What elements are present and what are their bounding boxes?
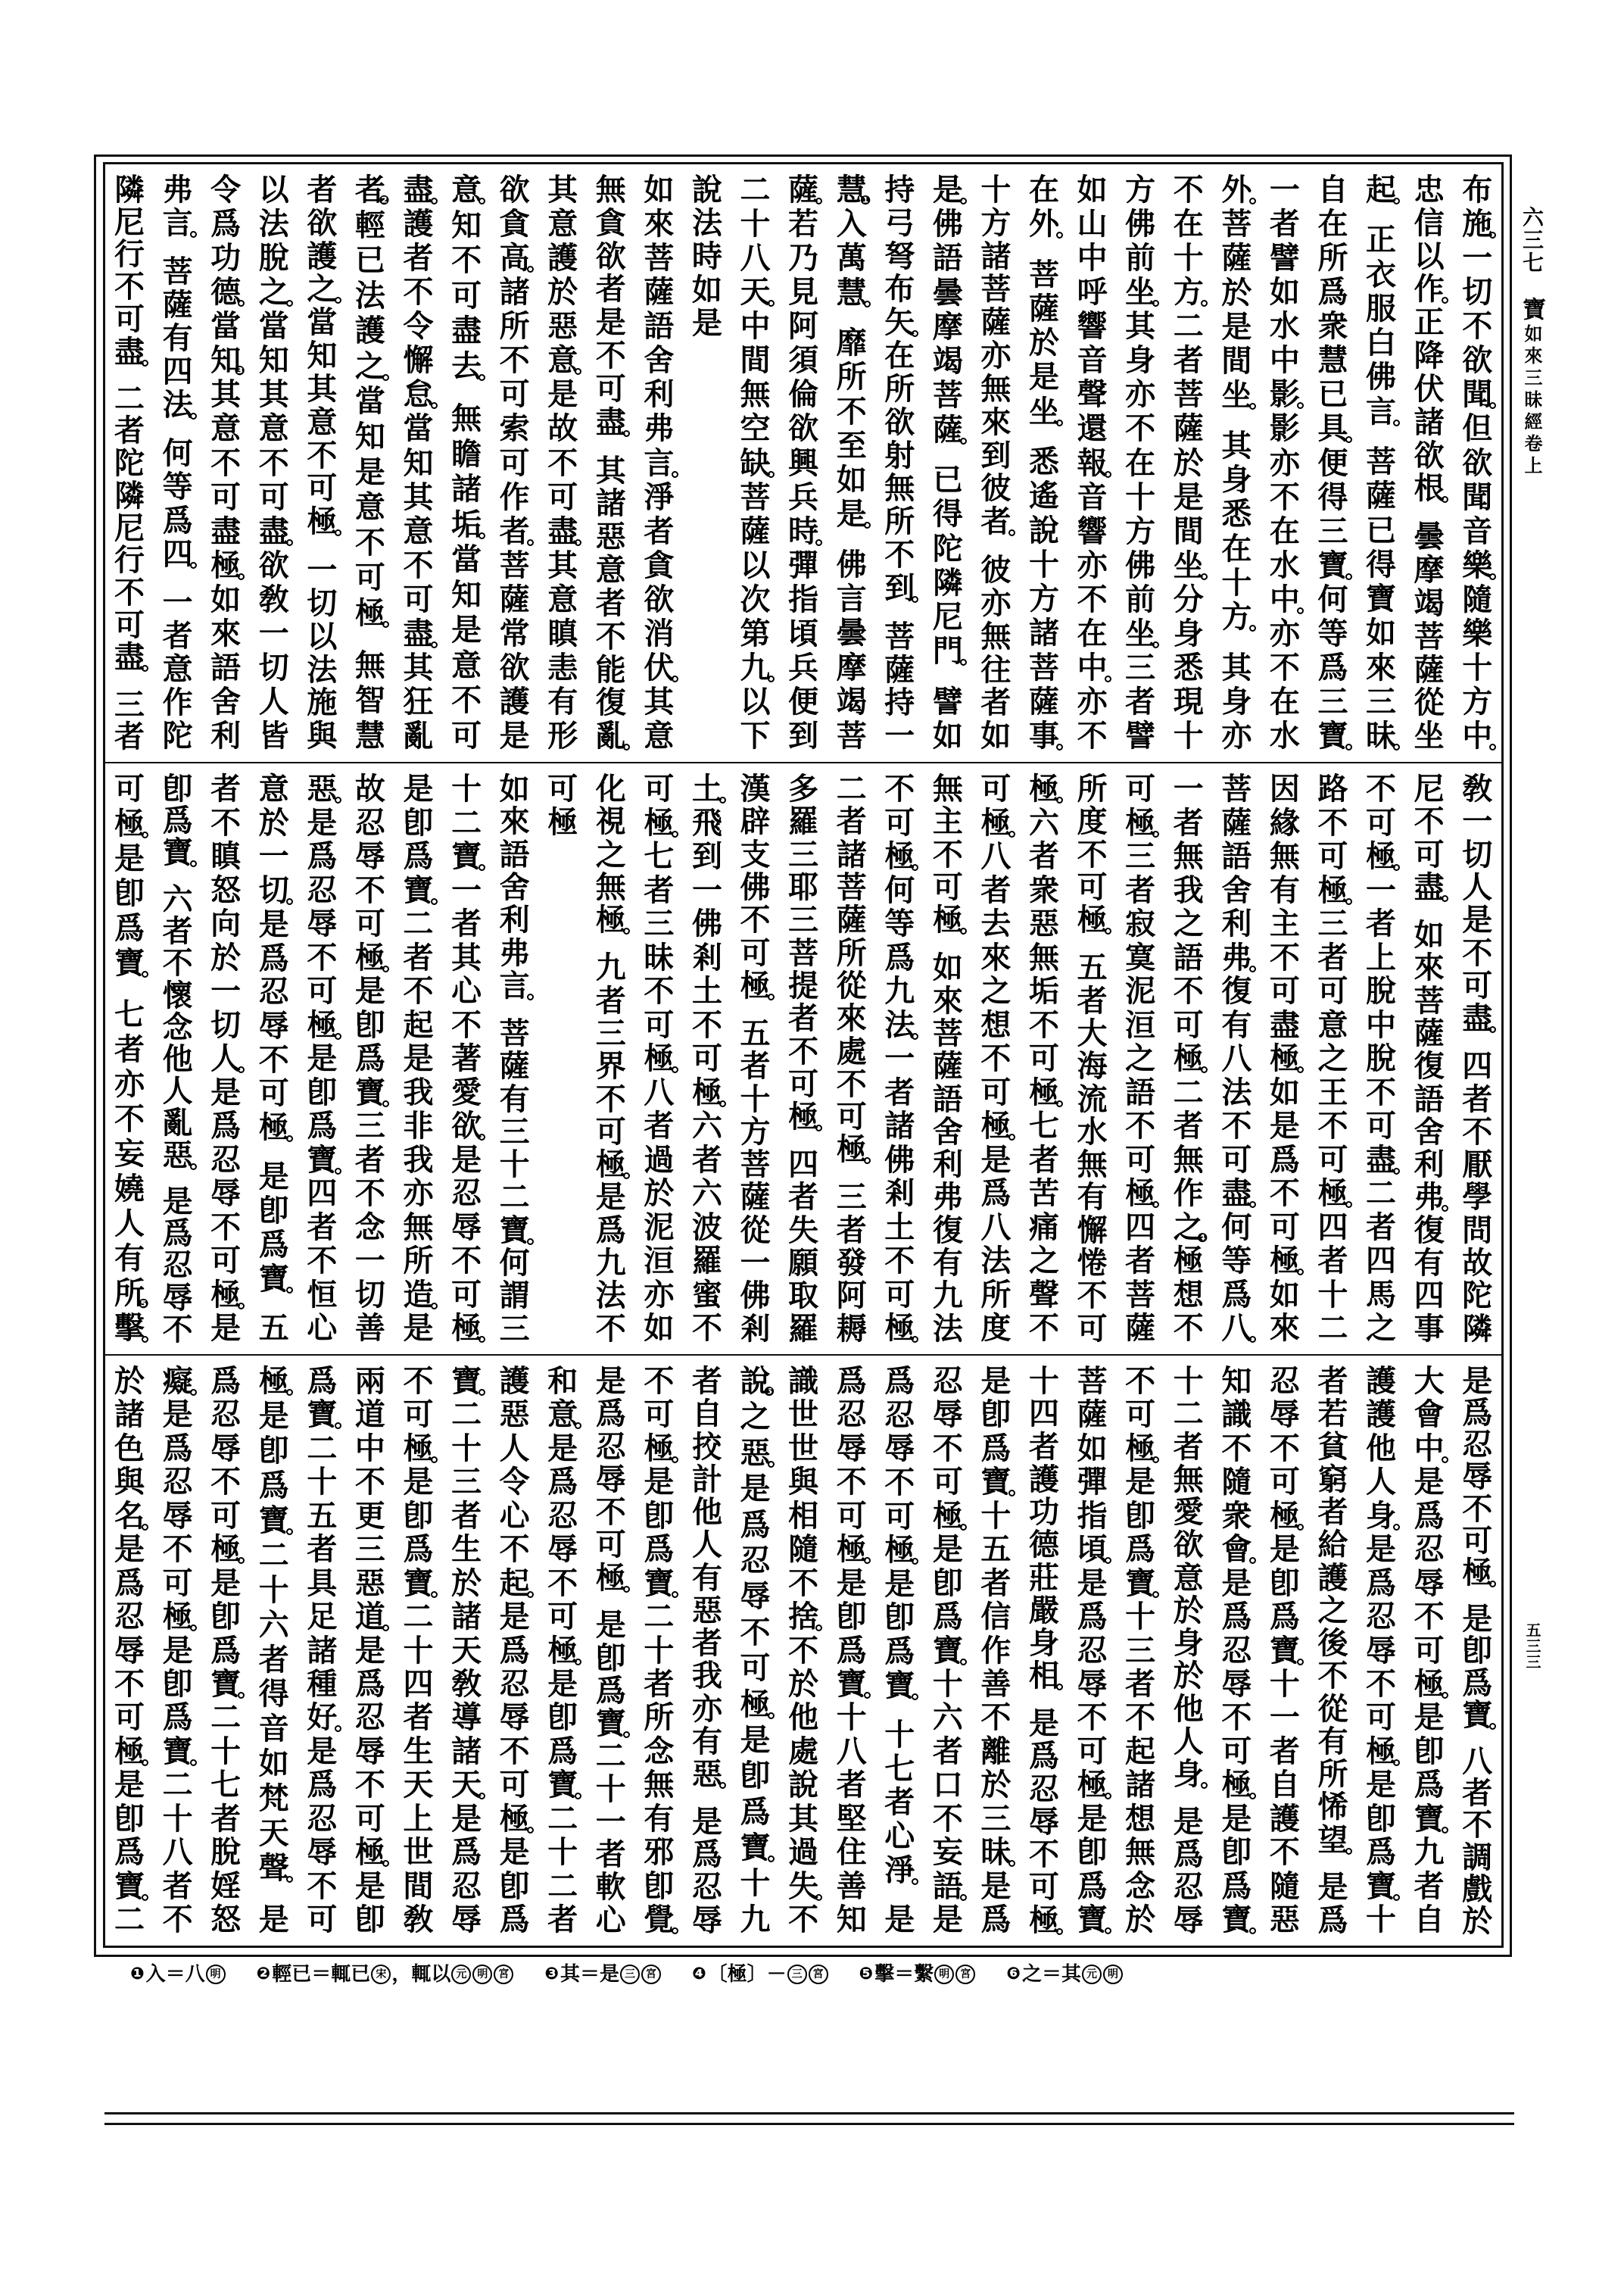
glyph: 菩 <box>779 937 828 969</box>
glyph: 善 <box>346 1312 394 1345</box>
glyph: 薩 <box>635 276 684 309</box>
glyph: 盡。 <box>1357 1144 1405 1177</box>
glyph: 言。 <box>491 969 539 1002</box>
glyph: 不 <box>1068 838 1117 871</box>
glyph: 如 <box>250 1747 298 1780</box>
punctuation-mark: 。 <box>1442 895 1448 902</box>
glyph: 惡。 <box>683 1758 731 1790</box>
glyph: 者 <box>154 619 202 653</box>
glyph: 響 <box>1068 310 1117 343</box>
glyph: 到。 <box>875 572 924 605</box>
glyph: 卽 <box>1213 1836 1261 1869</box>
glyph: 切 <box>298 587 347 620</box>
glyph: 外。 <box>1020 208 1068 241</box>
glyph: 極。 <box>201 1533 250 1566</box>
punctuation-mark: 。 <box>960 1894 967 1901</box>
glyph: 可 <box>1309 1144 1357 1177</box>
glyph: 缺。 <box>731 447 780 480</box>
glyph: 高。 <box>491 242 539 275</box>
glyph: 來 <box>828 1002 876 1035</box>
text-column: 者欲護之。當知其意不可極。 一切以法施與 <box>298 164 347 762</box>
glyph: 薩 <box>1116 1312 1164 1345</box>
glyph: 可 <box>538 1600 587 1634</box>
glyph: 十 <box>875 1718 924 1752</box>
text-column: 不可極。何等爲九法。一者諸佛剎土不可極。 <box>875 763 924 1354</box>
glyph: 極。 <box>731 969 780 1002</box>
glyph: 所 <box>828 360 876 394</box>
glyph: 是 <box>875 1903 924 1937</box>
glyph: 中。 <box>1068 651 1117 685</box>
glyph: 二 <box>1164 1076 1213 1109</box>
punctuation-mark: 。 <box>1442 1692 1448 1699</box>
glyph: 一 <box>154 586 202 619</box>
glyph: 度 <box>972 1312 1021 1345</box>
glyph: 極。 <box>1116 1432 1164 1465</box>
glyph: 竭 <box>924 345 972 378</box>
glyph: 盡。 <box>1405 871 1454 903</box>
glyph: 不 <box>1309 1109 1357 1143</box>
glyph: 樂 <box>1453 617 1501 651</box>
glyph: 爲 <box>635 1533 684 1566</box>
glyph: 爲 <box>972 1903 1021 1937</box>
punctuation-mark: 。 <box>1442 1827 1448 1834</box>
punctuation-mark: 。 <box>960 1659 967 1665</box>
text-column: 極。是卽爲寶。二十六者得音如梵天聲。 是 <box>250 1356 298 1946</box>
glyph: 索 <box>491 412 539 445</box>
glyph: 十 <box>442 1432 491 1465</box>
glyph: 三 <box>442 1465 491 1499</box>
glyph: 語 <box>201 651 250 685</box>
text-column: 隣尼行不可盡。 二者陀隣尼行不可盡。 三者 <box>105 164 154 762</box>
glyph: 卽 <box>538 1701 587 1734</box>
glyph: 弗 <box>924 1181 972 1213</box>
punctuation-mark: 。 <box>815 539 822 546</box>
glyph: 其 <box>394 481 443 514</box>
glyph: 行 <box>105 544 154 576</box>
glyph: 大 <box>1068 1017 1117 1050</box>
spacer <box>1213 414 1261 429</box>
glyph: 卽 <box>201 1600 250 1634</box>
glyph: 不 <box>731 1616 780 1649</box>
glyph: 不 <box>683 1009 731 1042</box>
glyph: 當 <box>442 543 491 576</box>
punctuation-mark: 。 <box>478 864 485 871</box>
glyph: 來 <box>491 805 539 838</box>
glyph: 極。 <box>1357 1735 1405 1768</box>
glyph: 者 <box>875 1076 924 1109</box>
glyph: 五 <box>972 1533 1021 1566</box>
text-column: 布施。一切不欲聞。但欲聞音樂。隨樂十方中。 <box>1453 164 1501 762</box>
glyph: 事 <box>1405 1312 1454 1345</box>
text-column: 不可極。是卽爲寶。十三者不起諸想無念於 <box>1116 1356 1164 1946</box>
glyph: 極。 <box>1309 1177 1357 1210</box>
glyph: 者 <box>1116 874 1164 907</box>
glyph: 當 <box>201 310 250 343</box>
glyph: 四 <box>1357 1244 1405 1278</box>
glyph: 尼 <box>924 601 972 634</box>
glyph: 不 <box>442 1009 491 1042</box>
glyph: 間 <box>1164 515 1213 548</box>
glyph: 心 <box>587 1904 635 1937</box>
glyph: 可 <box>1116 1144 1164 1177</box>
glyph: 欲 <box>1453 344 1501 377</box>
glyph: 是 <box>924 1903 972 1937</box>
glyph: 可 <box>972 772 1021 806</box>
glyph: 布 <box>1453 173 1501 207</box>
glyph: 二 <box>1309 1312 1357 1345</box>
spacer <box>828 532 876 548</box>
glyph: 意。 <box>442 173 491 207</box>
glyph: 以 <box>731 549 780 582</box>
glyph: 人 <box>1164 1725 1213 1758</box>
glyph: 忍 <box>154 1465 202 1499</box>
glyph: 因 <box>1261 772 1309 806</box>
spacer <box>924 669 972 685</box>
glyph: 起 <box>394 1009 443 1042</box>
glyph: 故 <box>346 772 394 806</box>
text-column: 是卽爲寶。十五者信作善不離於三昧。是爲 <box>972 1356 1021 1946</box>
glyph: 可 <box>298 975 347 1008</box>
glyph: 不 <box>1261 1177 1309 1210</box>
punctuation-mark: 。 <box>912 1878 918 1885</box>
glyph: 在 <box>1164 208 1213 241</box>
glyph: 無 <box>731 378 780 411</box>
glyph: 念 <box>154 1011 202 1043</box>
glyph: 寶。 <box>346 1076 394 1109</box>
glyph: 薩 <box>731 515 780 548</box>
glyph: 利 <box>1405 1148 1454 1181</box>
text-column: 癡。是爲忍辱不可極。是卽爲寶。二十八者不 <box>154 1356 202 1946</box>
glyph: 有 <box>538 685 587 719</box>
glyph: 極。 <box>346 1836 394 1869</box>
spacer <box>346 632 394 647</box>
glyph: 可 <box>875 1500 924 1534</box>
glyph: 於 <box>1116 1903 1164 1937</box>
glyph: 寶。 <box>491 1214 539 1247</box>
glyph: 悕 <box>1309 1790 1357 1823</box>
glyph: 脫 <box>1357 1042 1405 1075</box>
glyph: 惡 <box>538 310 587 343</box>
glyph: 亦 <box>105 1068 154 1101</box>
punctuation-mark: 。 <box>1056 744 1063 751</box>
glyph: 不 <box>298 1870 347 1903</box>
glyph: 可 <box>442 1278 491 1312</box>
punctuation-mark: 。 <box>960 659 967 666</box>
glyph: 二 <box>442 807 491 840</box>
glyph: 護 <box>298 240 347 273</box>
glyph: 不 <box>587 620 635 654</box>
glyph: 是 <box>201 1076 250 1109</box>
glyph: 視 <box>587 805 635 838</box>
glyph: 可 <box>587 1116 635 1148</box>
glyph: 隣 <box>1453 1312 1501 1345</box>
text-column: 是卽爲寶。二者不起是我非我亦無所造。是 <box>394 763 443 1354</box>
punctuation-mark: 。 <box>1152 1201 1159 1208</box>
glyph: 相。 <box>1020 1659 1068 1692</box>
glyph: 十 <box>731 1083 780 1116</box>
glyph: 正 <box>1405 306 1454 339</box>
glyph: 道 <box>346 1398 394 1431</box>
glyph: 剎 <box>875 1177 924 1210</box>
glyph: 卽 <box>731 1759 780 1793</box>
glyph: 無 <box>924 772 972 805</box>
glyph: 是 <box>1357 1533 1405 1566</box>
glyph: 十 <box>924 1668 972 1701</box>
glyph: 敎 <box>250 583 298 616</box>
text-column: 是爲忍辱不可極。 是卽爲寶。 八者不調戲於 <box>1453 1356 1501 1946</box>
glyph: 欲 <box>1164 1528 1213 1561</box>
glyph: 不 <box>201 1465 250 1499</box>
punctuation-mark: 。 <box>478 1389 485 1396</box>
glyph: 極。 <box>394 1432 443 1465</box>
glyph: 是 <box>1453 903 1501 936</box>
glyph: 來 <box>1405 951 1454 984</box>
glyph: 惡 <box>491 1398 539 1431</box>
glyph: 卽 <box>154 772 202 804</box>
glyph: 不 <box>1261 1836 1309 1869</box>
punctuation-mark: 。 <box>1345 744 1352 751</box>
text-column: 寶。二十三者生於諸天敎導諸天。是爲忍辱 <box>442 1356 491 1946</box>
glyph: 者 <box>1116 685 1164 719</box>
glyph: 自 <box>1309 173 1357 207</box>
edition-badge: 宮 <box>955 1965 975 1984</box>
punctuation-mark: 。 <box>1489 744 1496 751</box>
glyph: 無 <box>587 871 635 903</box>
punctuation-mark: 。 <box>1442 1456 1448 1463</box>
glyph: 軟 <box>587 1871 635 1903</box>
glyph: 寶。 <box>105 1870 154 1903</box>
glyph: 響 <box>1068 515 1117 548</box>
text-column: 和意。是爲忍辱不可極。是卽爲寶。二十二者 <box>538 1356 587 1946</box>
glyph: 摩 <box>1405 554 1454 587</box>
glyph: 想 <box>1164 1278 1213 1312</box>
glyph: 意 <box>201 412 250 445</box>
glyph: 是 <box>683 1805 731 1838</box>
glyph: 無 <box>972 373 1021 406</box>
glyph: 極。 <box>972 1109 1021 1143</box>
footnote-marker: ❶ <box>130 1962 145 1986</box>
spacer <box>105 982 154 997</box>
glyph: 爲 <box>491 1634 539 1668</box>
glyph: 淨。 <box>875 1854 924 1887</box>
glyph: 波 <box>683 1211 731 1244</box>
glyph: 有 <box>1261 874 1309 907</box>
glyph: 和 <box>538 1365 587 1398</box>
glyph: 譬 <box>924 685 972 719</box>
punctuation-mark: 。 <box>912 1558 918 1565</box>
glyph: 卽 <box>346 1009 394 1042</box>
punctuation-mark: 。 <box>719 797 726 804</box>
glyph: 所 <box>828 937 876 969</box>
glyph: 後 <box>1309 1627 1357 1659</box>
glyph: 隨 <box>779 1533 828 1566</box>
glyph: 天。 <box>731 276 780 309</box>
footnote-marker: ❹ <box>692 1962 706 1986</box>
punctuation-mark: 。 <box>1105 1557 1111 1564</box>
glyph: 語 <box>924 1083 972 1116</box>
glyph: 已 <box>1357 514 1405 548</box>
punctuation-mark: 。 <box>912 1336 918 1343</box>
punctuation-mark: 。 <box>478 1793 485 1799</box>
glyph: 中 <box>346 1432 394 1465</box>
glyph: 失 <box>779 1214 828 1247</box>
glyph: 之 <box>1357 1312 1405 1345</box>
glyph: 寶。 <box>1116 1567 1164 1600</box>
glyph: 意 <box>394 515 443 548</box>
glyph: 三 <box>972 1802 1021 1836</box>
glyph: 可 <box>346 907 394 941</box>
glyph: 悉 <box>1213 498 1261 531</box>
glyph: 諸 <box>587 487 635 520</box>
text-column: 不可極。是卽爲寶。二十者所念無有邪卽覺。 <box>635 1356 684 1946</box>
glyph: 可 <box>442 279 491 313</box>
footnote-4: ❹ 〔極〕－ 三 宮 <box>692 1962 829 1986</box>
footnote-text: 〔極〕－ <box>708 1962 787 1986</box>
glyph: 伏 <box>1405 373 1454 406</box>
footnote-2: ❷ 輕已＝輒已 宋 ，輒以 元 明 宮 <box>257 1962 515 1986</box>
glyph: 佛 <box>828 548 876 582</box>
glyph: 極。 <box>875 840 924 873</box>
glyph: 慧 <box>346 719 394 753</box>
glyph: 二 <box>538 1870 587 1903</box>
glyph: 辱 <box>587 1463 635 1496</box>
glyph: 忍 <box>442 1177 491 1210</box>
glyph: 不 <box>1453 1116 1501 1148</box>
glyph: 十 <box>587 1773 635 1805</box>
glyph: 令 <box>491 1465 539 1499</box>
glyph: 是 <box>1261 1533 1309 1566</box>
glyph: 不 <box>1164 173 1213 207</box>
glyph: 不 <box>875 772 924 806</box>
glyph: 尼 <box>105 512 154 545</box>
glyph: 坐。 <box>1020 395 1068 429</box>
punctuation-mark: 。 <box>1442 1205 1448 1212</box>
glyph: 來 <box>924 985 972 1017</box>
glyph: 皆 <box>250 719 298 753</box>
glyph: 所 <box>875 373 924 406</box>
glyph: 十 <box>298 1465 347 1499</box>
glyph: 不 <box>1357 1076 1405 1109</box>
glyph: 願 <box>779 1247 828 1279</box>
glyph: 切 <box>201 1009 250 1042</box>
glyph: 身 <box>1213 685 1261 719</box>
glyph: 來 <box>201 617 250 651</box>
glyph: 是 <box>1068 1567 1117 1600</box>
spacer <box>924 448 972 463</box>
glyph: 卽 <box>491 1870 539 1903</box>
spacer <box>1357 429 1405 445</box>
glyph: 消 <box>635 617 684 651</box>
glyph: 薩 <box>491 583 539 616</box>
glyph: 種 <box>298 1668 347 1701</box>
glyph: 處 <box>828 1035 876 1068</box>
glyph: 令 <box>394 310 443 343</box>
glyph: 弗。 <box>1405 1181 1454 1213</box>
glyph: 二 <box>201 1701 250 1734</box>
glyph: 護 <box>1261 1802 1309 1836</box>
glyph: 極。 <box>1261 1500 1309 1533</box>
glyph: 切 <box>346 1278 394 1312</box>
glyph: 薩 <box>924 1050 972 1082</box>
glyph: 薩 <box>1405 654 1454 687</box>
glyph: 不 <box>298 1244 347 1278</box>
punctuation-mark: 。 <box>382 1860 389 1867</box>
glyph: 者 <box>154 915 202 947</box>
glyph: 他 <box>683 1496 731 1528</box>
glyph: 淨 <box>635 481 684 514</box>
glyph: 者 <box>1020 840 1068 873</box>
glyph: 惡 <box>346 1567 394 1600</box>
glyph: 切。 <box>250 874 298 907</box>
glyph: 如 <box>828 463 876 497</box>
glyph: 脫 <box>1357 975 1405 1008</box>
glyph: 何 <box>1213 1211 1261 1244</box>
glyph: 極。 <box>1020 772 1068 806</box>
text-column: 起。 正衣服白佛言。 菩薩已得寶如來三昧。 <box>1357 164 1405 762</box>
glyph: 之 <box>1164 907 1213 941</box>
glyph: 以 <box>298 620 347 654</box>
glyph: 薩 <box>1020 292 1068 326</box>
glyph: 者 <box>250 1643 298 1677</box>
glyph: 意 <box>250 412 298 445</box>
spacer <box>491 1002 539 1017</box>
glyph: 爲 <box>1309 1904 1357 1937</box>
glyph: 已 <box>1309 378 1357 411</box>
glyph: 不 <box>635 1365 684 1398</box>
glyph: 起。 <box>491 1567 539 1600</box>
punctuation-mark: 。 <box>672 1591 678 1598</box>
glyph: 我 <box>394 1144 443 1177</box>
glyph: 脫 <box>250 242 298 275</box>
glyph: 復 <box>1213 975 1261 1008</box>
glyph: 爲 <box>972 1177 1021 1210</box>
text-column: 所度不可極。 五者大海流水無有懈惓不可 <box>1068 763 1117 1354</box>
spacer <box>250 1145 298 1160</box>
glyph: 羅 <box>779 1312 828 1345</box>
glyph: 薩 <box>972 306 1021 339</box>
glyph: 在 <box>1309 208 1357 241</box>
glyph: 是 <box>924 1533 972 1566</box>
punctuation-mark: 。 <box>1297 1659 1304 1665</box>
glyph: 不 <box>635 975 684 1008</box>
glyph: 陀 <box>924 532 972 566</box>
glyph: 不 <box>731 903 780 936</box>
glyph: 寶。 <box>250 1262 298 1296</box>
glyph: 爲 <box>201 1109 250 1143</box>
glyph: 盡。 <box>250 515 298 548</box>
glyph: 向 <box>201 907 250 941</box>
glyph: 二 <box>154 1768 202 1802</box>
glyph: 不 <box>779 1035 828 1068</box>
glyph: 阿 <box>828 1279 876 1312</box>
glyph: 恚 <box>538 651 587 685</box>
punctuation-mark: 。 <box>1056 420 1063 426</box>
spacer <box>1164 1790 1213 1805</box>
glyph: 可 <box>779 1068 828 1100</box>
glyph: 一 <box>1261 1701 1309 1734</box>
glyph: 其 <box>298 373 347 406</box>
glyph: 衣 <box>1357 258 1405 292</box>
punctuation-mark: 。 <box>1249 625 1256 632</box>
glyph: 辱 <box>201 1177 250 1210</box>
glyph: 利 <box>1213 907 1261 941</box>
glyph: 尼 <box>1405 772 1454 805</box>
glyph: 不 <box>779 1567 828 1600</box>
glyph: 可 <box>875 807 924 840</box>
punctuation-mark: 。 <box>431 402 438 409</box>
glyph: 可 <box>635 1009 684 1042</box>
glyph: 者。 <box>972 505 1021 538</box>
